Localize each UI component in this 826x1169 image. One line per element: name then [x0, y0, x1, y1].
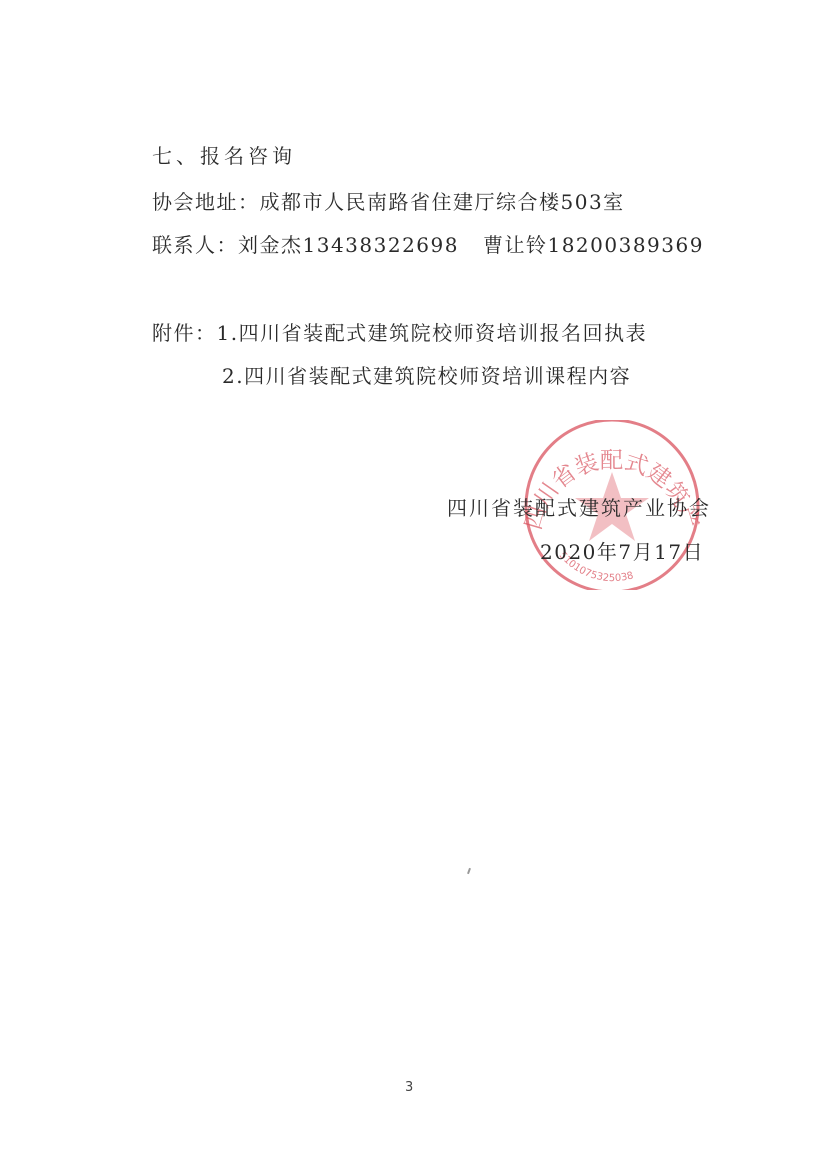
- page-number: 3: [405, 1080, 413, 1095]
- contact-label: 联系人：: [152, 233, 238, 257]
- association-address: 协会地址：成都市人民南路省住建厅综合楼503室: [152, 190, 625, 214]
- issuing-organization: 四川省装配式建筑产业协会: [447, 496, 711, 520]
- contact-phone: 13438322698: [303, 233, 459, 257]
- address-label: 协会地址：: [152, 190, 260, 214]
- address-value: 成都市人民南路省住建厅综合楼503室: [260, 190, 625, 214]
- attachment-title: 四川省装配式建筑院校师资培训报名回执表: [239, 321, 648, 345]
- issue-date: 2020年7月17日: [540, 540, 704, 564]
- contact-persons: 联系人：刘金杰13438322698曹让铃18200389369: [152, 233, 704, 257]
- contact-name: 曹让铃: [483, 233, 548, 257]
- attachment-number: 1.: [217, 321, 239, 345]
- contact-name: 刘金杰: [238, 233, 303, 257]
- section-heading: 七、报名咨询: [152, 144, 296, 168]
- attachments-label: 附件：: [152, 321, 217, 345]
- contact-phone: 18200389369: [547, 233, 703, 257]
- attachment-title: 四川省装配式建筑院校师资培训课程内容: [244, 364, 631, 388]
- attachment-number: 2.: [222, 364, 244, 388]
- attachment-item: 附件：1.四川省装配式建筑院校师资培训报名回执表: [152, 321, 647, 345]
- attachment-item: 2.四川省装配式建筑院校师资培训课程内容: [222, 364, 631, 388]
- scan-speck: [467, 868, 471, 874]
